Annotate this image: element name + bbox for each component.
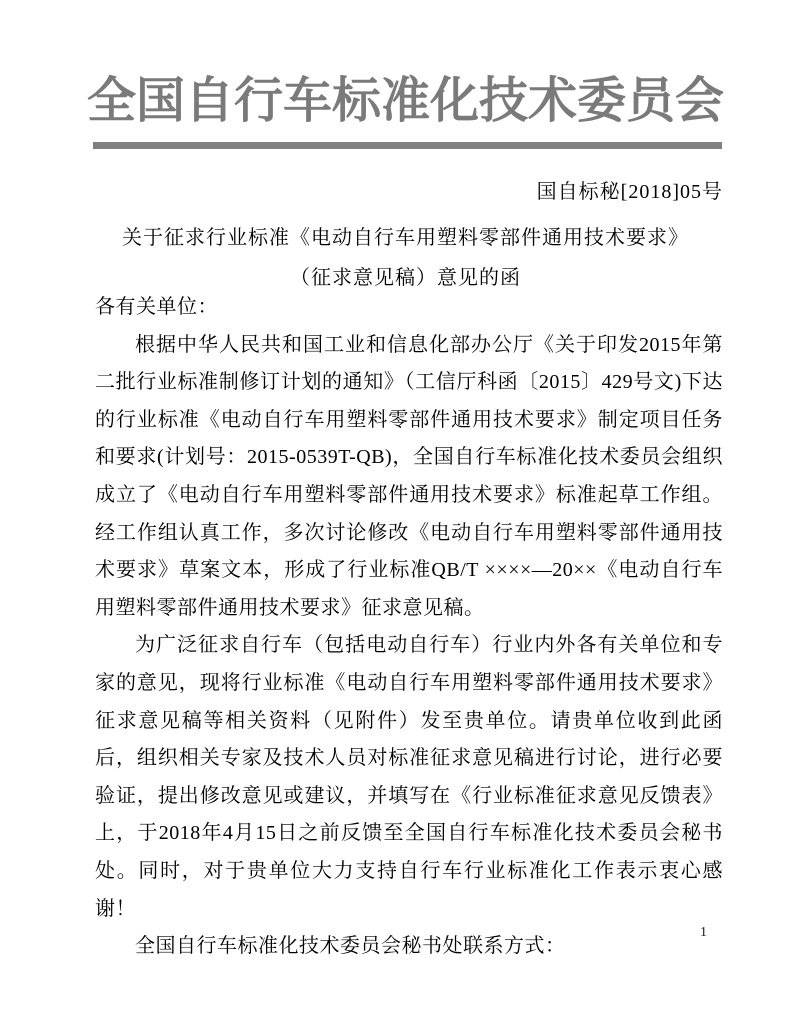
letter-title-line-1: 关于征求行业标准《电动自行车用塑料零部件通用技术要求》 xyxy=(0,221,811,250)
body-paragraph-1: 根据中华人民共和国工业和信息化部办公厅《关于印发2015年第二批行业标准制修订计… xyxy=(95,327,723,628)
document-page: 全国自行车标准化技术委员会 国自标秘[2018]05号 关于征求行业标准《电动自… xyxy=(0,0,811,1018)
page-number: 1 xyxy=(700,925,707,941)
header-divider xyxy=(93,142,722,149)
body-paragraph-2: 为广泛征求自行车（包括电动自行车）行业内外各有关单位和专家的意见，现将行业标准《… xyxy=(95,627,723,928)
salutation: 各有关单位： xyxy=(95,289,723,327)
letter-title-line-2: （征求意见稿）意见的函 xyxy=(0,261,811,290)
document-number: 国自标秘[2018]05号 xyxy=(95,175,723,204)
letter-body: 各有关单位： 根据中华人民共和国工业和信息化部办公厅《关于印发2015年第二批行… xyxy=(95,289,723,966)
organization-title: 全国自行车标准化技术委员会 xyxy=(0,62,811,132)
body-paragraph-contact-intro: 全国自行车标准化技术委员会秘书处联系方式： xyxy=(95,928,723,966)
